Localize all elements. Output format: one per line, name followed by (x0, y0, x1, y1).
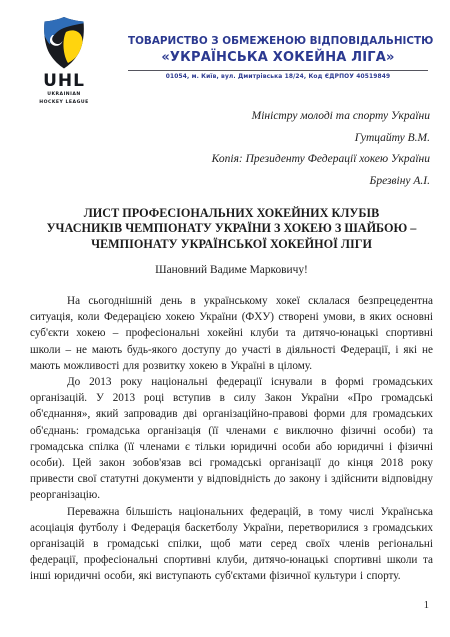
org-name-line1: ТОВАРИСТВО З ОБМЕЖЕНОЮ ВІДПОВІДАЛЬНІСТЮ (128, 35, 428, 49)
recipient-to-line2: Гутцайту В.М. (212, 128, 430, 150)
logo-caption-line1: UKRAINIAN (30, 92, 98, 99)
page-number: 1 (424, 600, 429, 611)
logo-abbr: UHL (30, 73, 98, 91)
letter-title-line1: ЛИСТ ПРОФЕСІОНАЛЬНИХ ХОКЕЙНИХ КЛУБІВ (30, 206, 433, 221)
org-name-line2: «УКРАЇНСЬКА ХОКЕЙНА ЛІГА» (128, 49, 428, 67)
letter-page: UHL UKRAINIAN HOCKEY LEAGUE ТОВАРИСТВО З… (0, 0, 450, 637)
letter-title-line3: ЧЕМПІОНАТУ УКРАЇНСЬКОЇ ХОКЕЙНОЇ ЛІГИ (30, 237, 433, 252)
letter-body: На сьогоднішній день в українському хоке… (30, 293, 433, 585)
letter-title: ЛИСТ ПРОФЕСІОНАЛЬНИХ ХОКЕЙНИХ КЛУБІВ УЧА… (30, 206, 433, 252)
logo-caption-line2: HOCKEY LEAGUE (30, 100, 98, 107)
recipient-to-line1: Міністру молоді та спорту України (212, 106, 430, 128)
recipient-copy-line2: Брезвіну А.І. (212, 171, 430, 193)
paragraph-2: До 2013 року національні федерації існув… (30, 374, 433, 504)
org-name-block: ТОВАРИСТВО З ОБМЕЖЕНОЮ ВІДПОВІДАЛЬНІСТЮ … (128, 35, 428, 80)
uhl-logo: UHL UKRAINIAN HOCKEY LEAGUE (30, 16, 98, 107)
recipient-block: Міністру молоді та спорту України Гутцай… (212, 106, 430, 192)
salutation: Шановний Вадиме Марковичу! (30, 264, 433, 276)
org-address: 01054, м. Київ, вул. Дмитрівська 18/24, … (128, 70, 428, 80)
paragraph-1: На сьогоднішній день в українському хоке… (30, 293, 433, 374)
uhl-shield-icon (39, 16, 89, 72)
recipient-copy-line1: Копія: Президенту Федерації хокею Україн… (212, 149, 430, 171)
paragraph-3: Переважна більшість національних федерац… (30, 504, 433, 585)
letter-title-line2: УЧАСНИКІВ ЧЕМПІОНАТУ УКРАЇНИ З ХОКЕЮ З Ш… (30, 221, 433, 236)
